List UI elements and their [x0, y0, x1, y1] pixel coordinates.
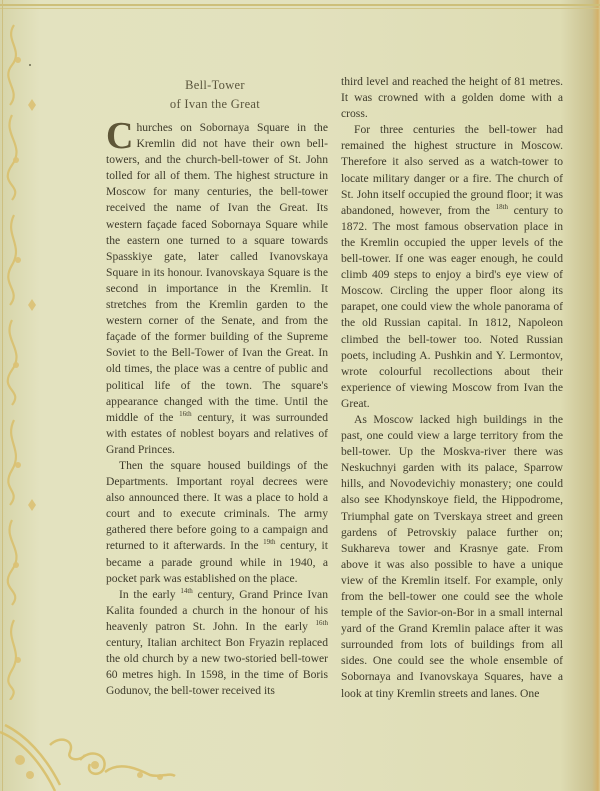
title-line-2: of Ivan the Great — [100, 95, 330, 114]
paragraph: third level and reached the height of 81… — [341, 74, 563, 122]
paragraph: In the early 14th century, Grand Prince … — [106, 587, 328, 700]
left-text-column: Churches on Sobornaya Square in the Krem… — [106, 120, 328, 699]
paragraph: As Moscow lacked high buildings in the p… — [341, 412, 563, 702]
document-page: Bell-Tower of Ivan the Great Churches on… — [0, 0, 600, 791]
article-title: Bell-Tower of Ivan the Great — [100, 76, 330, 114]
corner-ornament-icon — [0, 720, 180, 791]
paper-speck — [29, 64, 31, 66]
paragraph: For three centuries the bell-tower had r… — [341, 122, 563, 412]
title-line-1: Bell-Tower — [100, 76, 330, 95]
right-text-column: third level and reached the height of 81… — [341, 74, 563, 702]
top-border-rule-inner — [0, 8, 600, 9]
paragraph: Then the square housed buildings of the … — [106, 458, 328, 587]
drop-cap: C — [106, 121, 133, 151]
top-border-rule — [0, 4, 600, 6]
floral-ornament-border-icon — [0, 20, 40, 700]
paragraph: Churches on Sobornaya Square in the Krem… — [106, 120, 328, 458]
